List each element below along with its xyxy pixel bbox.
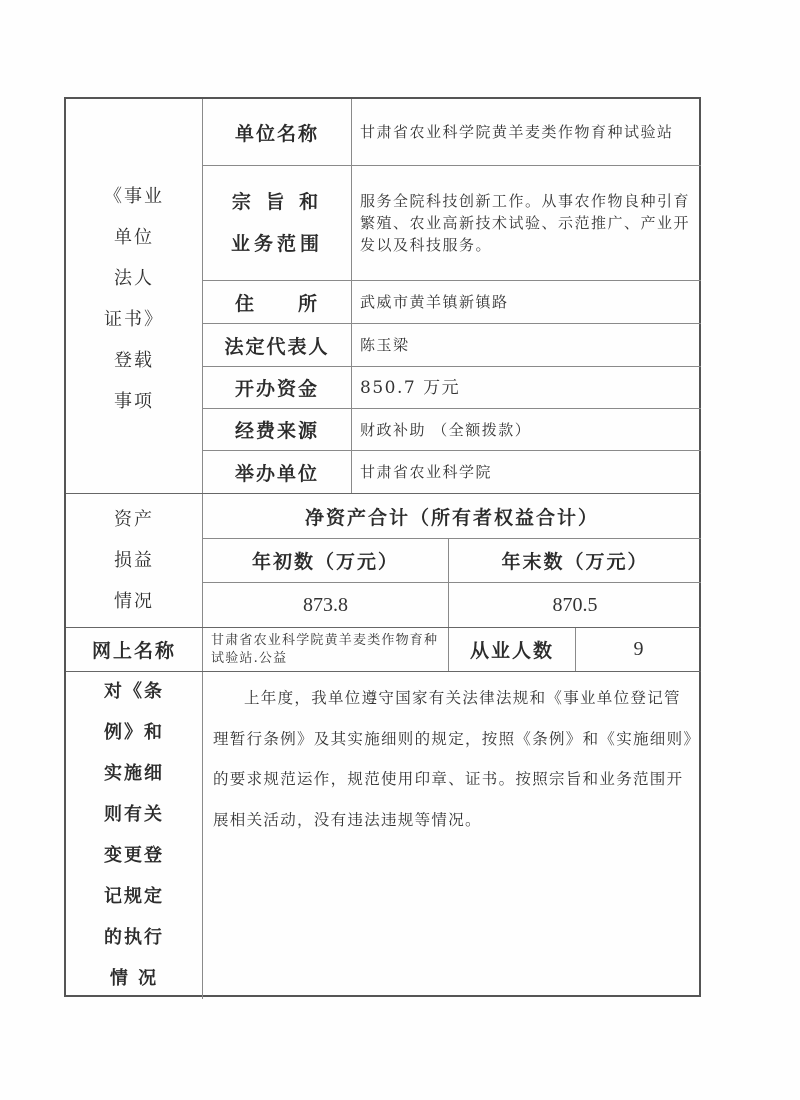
unit-name-label: 单位名称	[203, 99, 351, 165]
side-label-line: 资产	[114, 499, 154, 540]
side-label-line: 事项	[114, 381, 154, 422]
year-start-label: 年初数（万元）	[203, 539, 448, 582]
purpose-label-line: 宗 旨 和	[232, 181, 322, 223]
side-label-line: 登载	[114, 340, 154, 381]
legal-representative-value: 陈玉梁	[352, 324, 701, 366]
year-start-value: 873.8	[203, 583, 448, 627]
side-label-line: 则有关	[104, 794, 164, 835]
startup-capital-value: 850.7 万元	[352, 367, 701, 408]
side-label-line: 《事业	[104, 176, 164, 217]
side-label-line: 情况	[114, 581, 154, 622]
registration-section-label: 《事业 单位 法人 证书》 登载 事项	[66, 99, 202, 493]
year-end-label: 年末数（万元）	[449, 539, 701, 582]
side-label-line: 损益	[114, 540, 154, 581]
funding-source-label: 经费来源	[203, 409, 351, 450]
online-name-label: 网上名称	[66, 628, 202, 671]
sponsor-value: 甘肃省农业科学院	[352, 451, 701, 493]
net-assets-header: 净资产合计（所有者权益合计）	[203, 494, 701, 538]
purpose-label-line: 业务范围	[231, 223, 323, 265]
staff-count-label: 从业人数	[449, 628, 575, 671]
side-label-line: 的执行	[104, 917, 164, 958]
compliance-statement: 上年度，我单位遵守国家有关法律法规和《事业单位登记管理暂行条例》及其实施细则的规…	[203, 672, 701, 997]
assets-section-label: 资产 损益 情况	[66, 494, 202, 627]
funding-source-value: 财政补助 （全额拨款）	[352, 409, 701, 450]
side-label-line: 单位	[114, 217, 154, 258]
side-label-line: 变更登	[104, 835, 164, 876]
sponsor-label: 举办单位	[203, 451, 351, 493]
purpose-scope-value: 服务全院科技创新工作。从事农作物良种引育繁殖、农业高新技术试验、示范推广、产业开…	[352, 166, 701, 280]
side-label-line: 实施细	[104, 753, 164, 794]
registration-table: 《事业 单位 法人 证书》 登载 事项 单位名称 甘肃省农业科学院黄羊麦类作物育…	[64, 97, 701, 997]
year-end-value: 870.5	[449, 583, 701, 627]
online-name-value: 甘肃省农业科学院黄羊麦类作物育种试验站.公益	[203, 628, 448, 671]
side-label-line: 证书》	[104, 299, 164, 340]
side-label-line: 例》和	[104, 712, 164, 753]
startup-capital-label: 开办资金	[203, 367, 351, 408]
address-value: 武威市黄羊镇新镇路	[352, 281, 701, 323]
compliance-section-label: 对《条 例》和 实施细 则有关 变更登 记规定 的执行 情 况	[66, 672, 202, 997]
side-label-line: 法人	[114, 258, 154, 299]
document-page: 《事业 单位 法人 证书》 登载 事项 单位名称 甘肃省农业科学院黄羊麦类作物育…	[0, 0, 800, 1100]
side-label-line: 对《条	[104, 671, 164, 712]
address-label: 住 所	[203, 281, 351, 323]
purpose-scope-label: 宗 旨 和 业务范围	[203, 166, 351, 280]
side-label-line: 情 况	[110, 958, 158, 999]
unit-name-value: 甘肃省农业科学院黄羊麦类作物育种试验站	[352, 99, 701, 165]
side-label-line: 记规定	[104, 876, 164, 917]
staff-count-value: 9	[576, 628, 701, 671]
legal-representative-label: 法定代表人	[203, 324, 351, 366]
